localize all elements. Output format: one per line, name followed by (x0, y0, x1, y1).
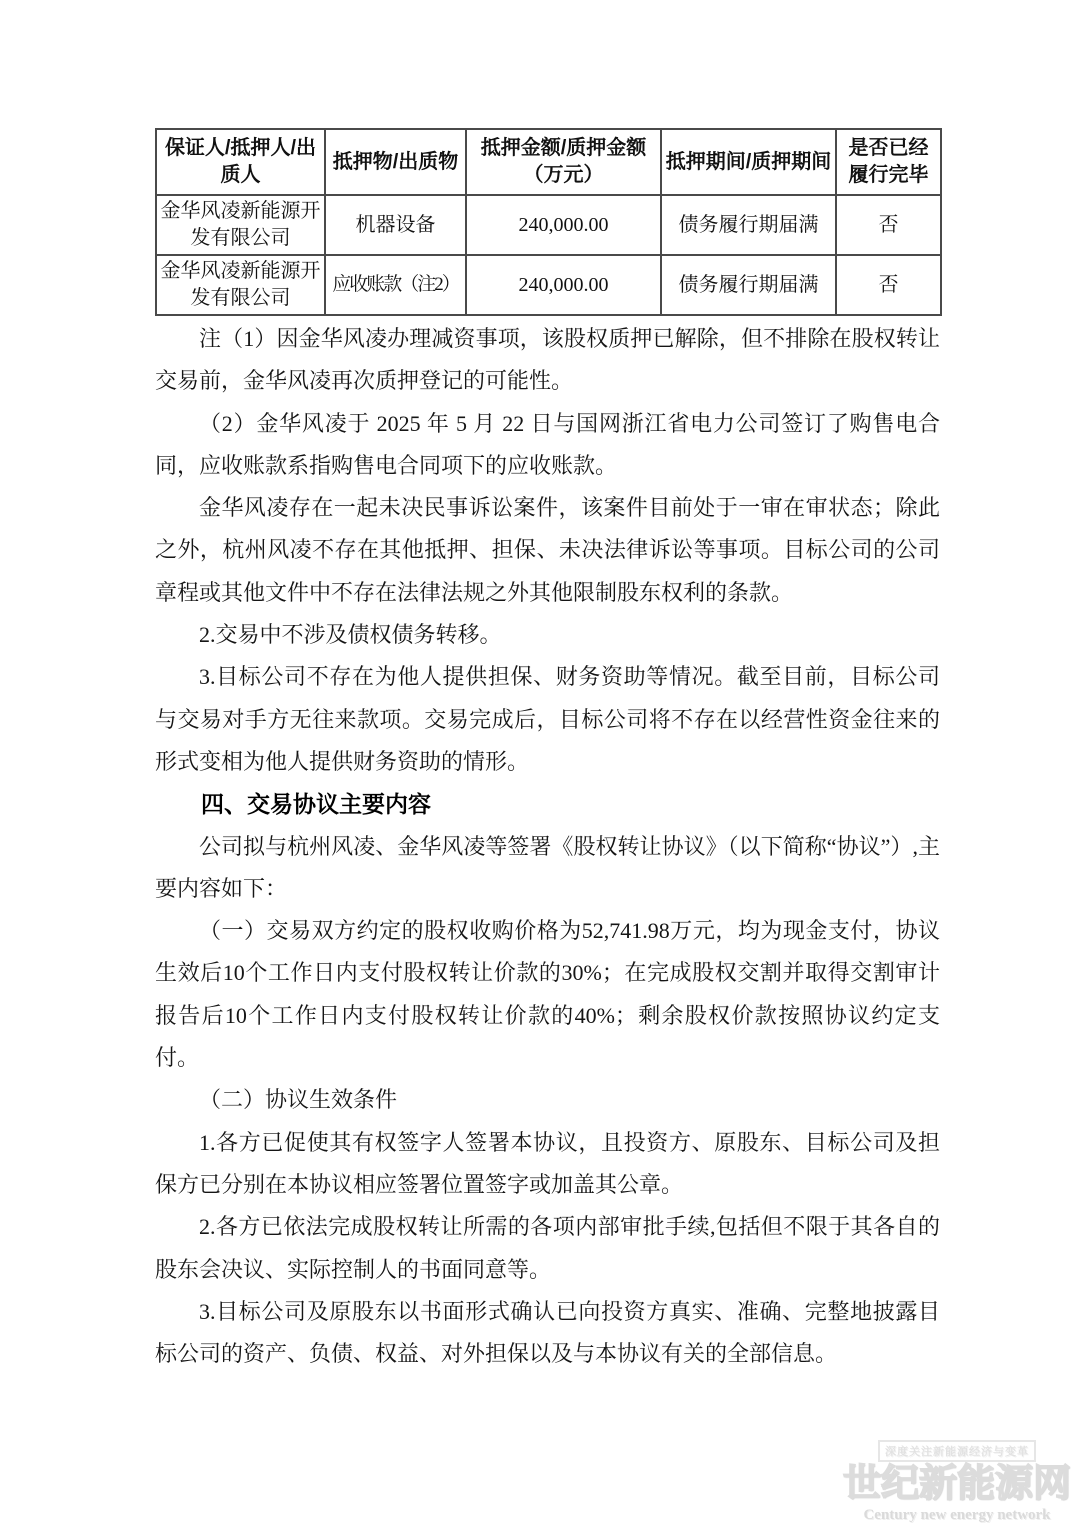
cell-guarantor: 金华风凌新能源开发有限公司 (156, 255, 325, 315)
cell-guarantor: 金华风凌新能源开发有限公司 (156, 195, 325, 255)
header-period: 抵押期间/质押期间 (661, 129, 836, 195)
paragraph-condition-3: 3.目标公司及原股东以书面形式确认已向投资方真实、准确、完整地披露目标公司的资产… (155, 1291, 940, 1376)
paragraph-condition-2: 2.各方已依法完成股权转让所需的各项内部审批手续,包括但不限于其各自的股东会决议… (155, 1206, 940, 1291)
table-header-row: 保证人/抵押人/出质人 抵押物/出质物 抵押金额/质押金额（万元） 抵押期间/质… (156, 129, 941, 195)
watermark-tagline: 深度关注新能源经济与变革 (878, 1440, 1036, 1462)
cell-collateral: 应收账款（注2） (325, 255, 466, 315)
cell-fulfilled: 否 (836, 195, 941, 255)
paragraph-condition-1: 1.各方已促使其有权签字人签署本协议，且投资方、原股东、目标公司及担保方已分别在… (155, 1122, 940, 1207)
header-guarantor: 保证人/抵押人/出质人 (156, 129, 325, 195)
watermark-english-name: Century new energy network (840, 1507, 1074, 1524)
cell-amount: 240,000.00 (466, 195, 661, 255)
table-row: 金华风凌新能源开发有限公司 应收账款（注2） 240,000.00 债务履行期届… (156, 255, 941, 315)
cell-collateral: 机器设备 (325, 195, 466, 255)
body-text: 注（1）因金华风凌办理减资事项，该股权质押已解除，但不排除在股权转让交易前，金华… (155, 318, 940, 1375)
cell-amount: 240,000.00 (466, 255, 661, 315)
paragraph-item-3: 3.目标公司不存在为他人提供担保、财务资助等情况。截至目前，目标公司与交易对手方… (155, 656, 940, 783)
watermark-site-name: 世纪新能源网 (840, 1464, 1074, 1506)
document-page: 保证人/抵押人/出质人 抵押物/出质物 抵押金额/质押金额（万元） 抵押期间/质… (0, 0, 1080, 1527)
table-row: 金华风凌新能源开发有限公司 机器设备 240,000.00 债务履行期届满 否 (156, 195, 941, 255)
document-content: 保证人/抵押人/出质人 抵押物/出质物 抵押金额/质押金额（万元） 抵押期间/质… (155, 128, 940, 1375)
note-paragraph-2: （2）金华风凌于 2025 年 5 月 22 日与国网浙江省电力公司签订了购售电… (155, 403, 940, 488)
paragraph-price-terms: （一）交易双方约定的股权收购价格为52,741.98万元，均为现金支付，协议生效… (155, 910, 940, 1079)
paragraph-agreement-intro: 公司拟与杭州风凌、金华风凌等签署《股权转让协议》（以下简称“协议”）,主要内容如… (155, 826, 940, 911)
cell-period: 债务履行期届满 (661, 195, 836, 255)
paragraph-item-2: 2.交易中不涉及债权债务转移。 (155, 614, 940, 656)
section-heading: 四、交易协议主要内容 (155, 783, 940, 825)
note-paragraph-1: 注（1）因金华风凌办理减资事项，该股权质押已解除，但不排除在股权转让交易前，金华… (155, 318, 940, 403)
paragraph-litigation: 金华风凌存在一起未决民事诉讼案件，该案件目前处于一审在审状态；除此之外，杭州风凌… (155, 487, 940, 614)
cell-period: 债务履行期届满 (661, 255, 836, 315)
cell-fulfilled: 否 (836, 255, 941, 315)
watermark-logo: 深度关注新能源经济与变革 世纪新能源网 Century new energy n… (840, 1440, 1074, 1524)
header-collateral: 抵押物/出质物 (325, 129, 466, 195)
header-fulfilled: 是否已经履行完毕 (836, 129, 941, 195)
header-amount: 抵押金额/质押金额（万元） (466, 129, 661, 195)
pledge-table: 保证人/抵押人/出质人 抵押物/出质物 抵押金额/质押金额（万元） 抵押期间/质… (155, 128, 942, 316)
paragraph-effective-conditions-title: （二）协议生效条件 (155, 1079, 940, 1121)
